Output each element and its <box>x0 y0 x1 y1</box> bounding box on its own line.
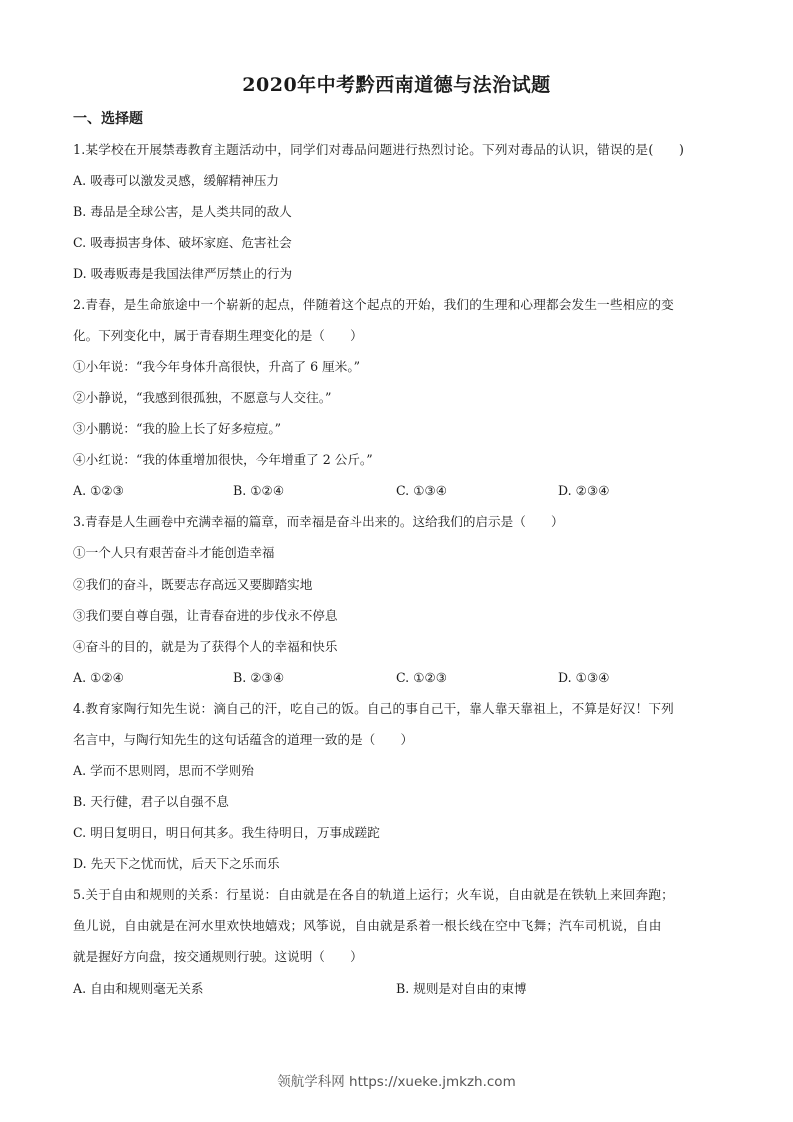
question-5-stem-line-3: 就是握好方向盘，按交通规则行驶。这说明（ ） <box>73 948 363 966</box>
question-2-statement-3: ③小鹏说：“我的脸上长了好多痘痘。” <box>73 420 281 438</box>
footer-watermark: 领航学科网 https://xueke.jmkzh.com <box>0 1070 793 1090</box>
question-1-option-a: A. 吸毒可以激发灵感，缓解精神压力 <box>73 172 279 190</box>
question-1-option-c: C. 吸毒损害身体、破坏家庭、危害社会 <box>73 234 292 252</box>
question-4-option-a: A. 学而不思则罔，思而不学则殆 <box>73 762 254 780</box>
question-3-statement-1: ①一个人只有艰苦奋斗才能创造幸福 <box>73 544 275 562</box>
question-2-statement-2: ②小静说，“我感到很孤独，不愿意与人交往。” <box>73 389 331 407</box>
question-2-option-b: B. ①②④ <box>233 482 284 500</box>
question-3-statement-2: ②我们的奋斗，既要志存高远又要脚踏实地 <box>73 576 312 594</box>
question-2-statement-4: ④小红说：“我的体重增加很快，今年增重了 2 公斤。” <box>73 451 373 469</box>
question-2-statement-1: ①小年说：“我今年身体升高很快，升高了 6 厘米。” <box>73 358 360 376</box>
section-heading: 一、选择题 <box>73 108 143 128</box>
question-4-option-b: B. 天行健，君子以自强不息 <box>73 793 229 811</box>
question-2-stem-line-2: 化。下列变化中，属于青春期生理变化的是（ ） <box>73 327 363 345</box>
question-1-option-b: B. 毒品是全球公害，是人类共同的敌人 <box>73 203 292 221</box>
question-5-option-a: A. 自由和规则毫无关系 <box>73 980 203 998</box>
question-5-stem-line-1: 5.关于自由和规则的关系：行星说：自由就是在各自的轨道上运行；火车说，自由就是在… <box>73 886 723 904</box>
question-3-statement-4: ④奋斗的目的，就是为了获得个人的幸福和快乐 <box>73 638 337 656</box>
question-5-stem-line-2: 鱼儿说，自由就是在河水里欢快地嬉戏；风筝说，自由就是系着一根长线在空中飞舞；汽车… <box>73 917 723 935</box>
question-4-stem-line-1: 4.教育家陶行知先生说：滴自己的汗，吃自己的饭。自己的事自己干，靠人靠天靠祖上，… <box>73 700 723 718</box>
question-5-option-b: B. 规则是对自由的束博 <box>396 980 527 998</box>
question-3-option-a: A. ①②④ <box>73 669 124 687</box>
question-3-option-b: B. ②③④ <box>233 669 284 687</box>
question-1-option-d: D. 吸毒贩毒是我国法律严厉禁止的行为 <box>73 265 292 283</box>
exam-page: 2020年中考黔西南道德与法治试题 一、选择题 1.某学校在开展禁毒教育主题活动… <box>0 0 793 1122</box>
question-4-stem-line-2: 名言中，与陶行知先生的这句话蕴含的道理一致的是（ ） <box>73 731 413 749</box>
question-2-option-a: A. ①②③ <box>73 482 124 500</box>
question-3-option-d: D. ①③④ <box>558 669 610 687</box>
question-4-option-c: C. 明日复明日，明日何其多。我生待明日，万事成蹉跎 <box>73 824 380 842</box>
question-1-stem: 1.某学校在开展禁毒教育主题活动中，同学们对毒品问题进行热烈讨论。下列对毒品的认… <box>73 141 723 159</box>
question-3-stem: 3.青春是人生画卷中充满幸福的篇章，而幸福是奋斗出来的。这给我们的启示是（ ） <box>73 513 564 531</box>
question-3-statement-3: ③我们要自尊自强，让青春奋进的步伐永不停息 <box>73 607 337 625</box>
question-4-option-d: D. 先天下之忧而忧，后天下之乐而乐 <box>73 855 280 873</box>
document-title: 2020年中考黔西南道德与法治试题 <box>0 70 793 97</box>
question-3-option-c: C. ①②③ <box>396 669 447 687</box>
question-2-stem-line-1: 2.青春，是生命旅途中一个崭新的起点，伴随着这个起点的开始，我们的生理和心理都会… <box>73 296 723 314</box>
question-2-option-d: D. ②③④ <box>558 482 610 500</box>
question-2-option-c: C. ①③④ <box>396 482 447 500</box>
